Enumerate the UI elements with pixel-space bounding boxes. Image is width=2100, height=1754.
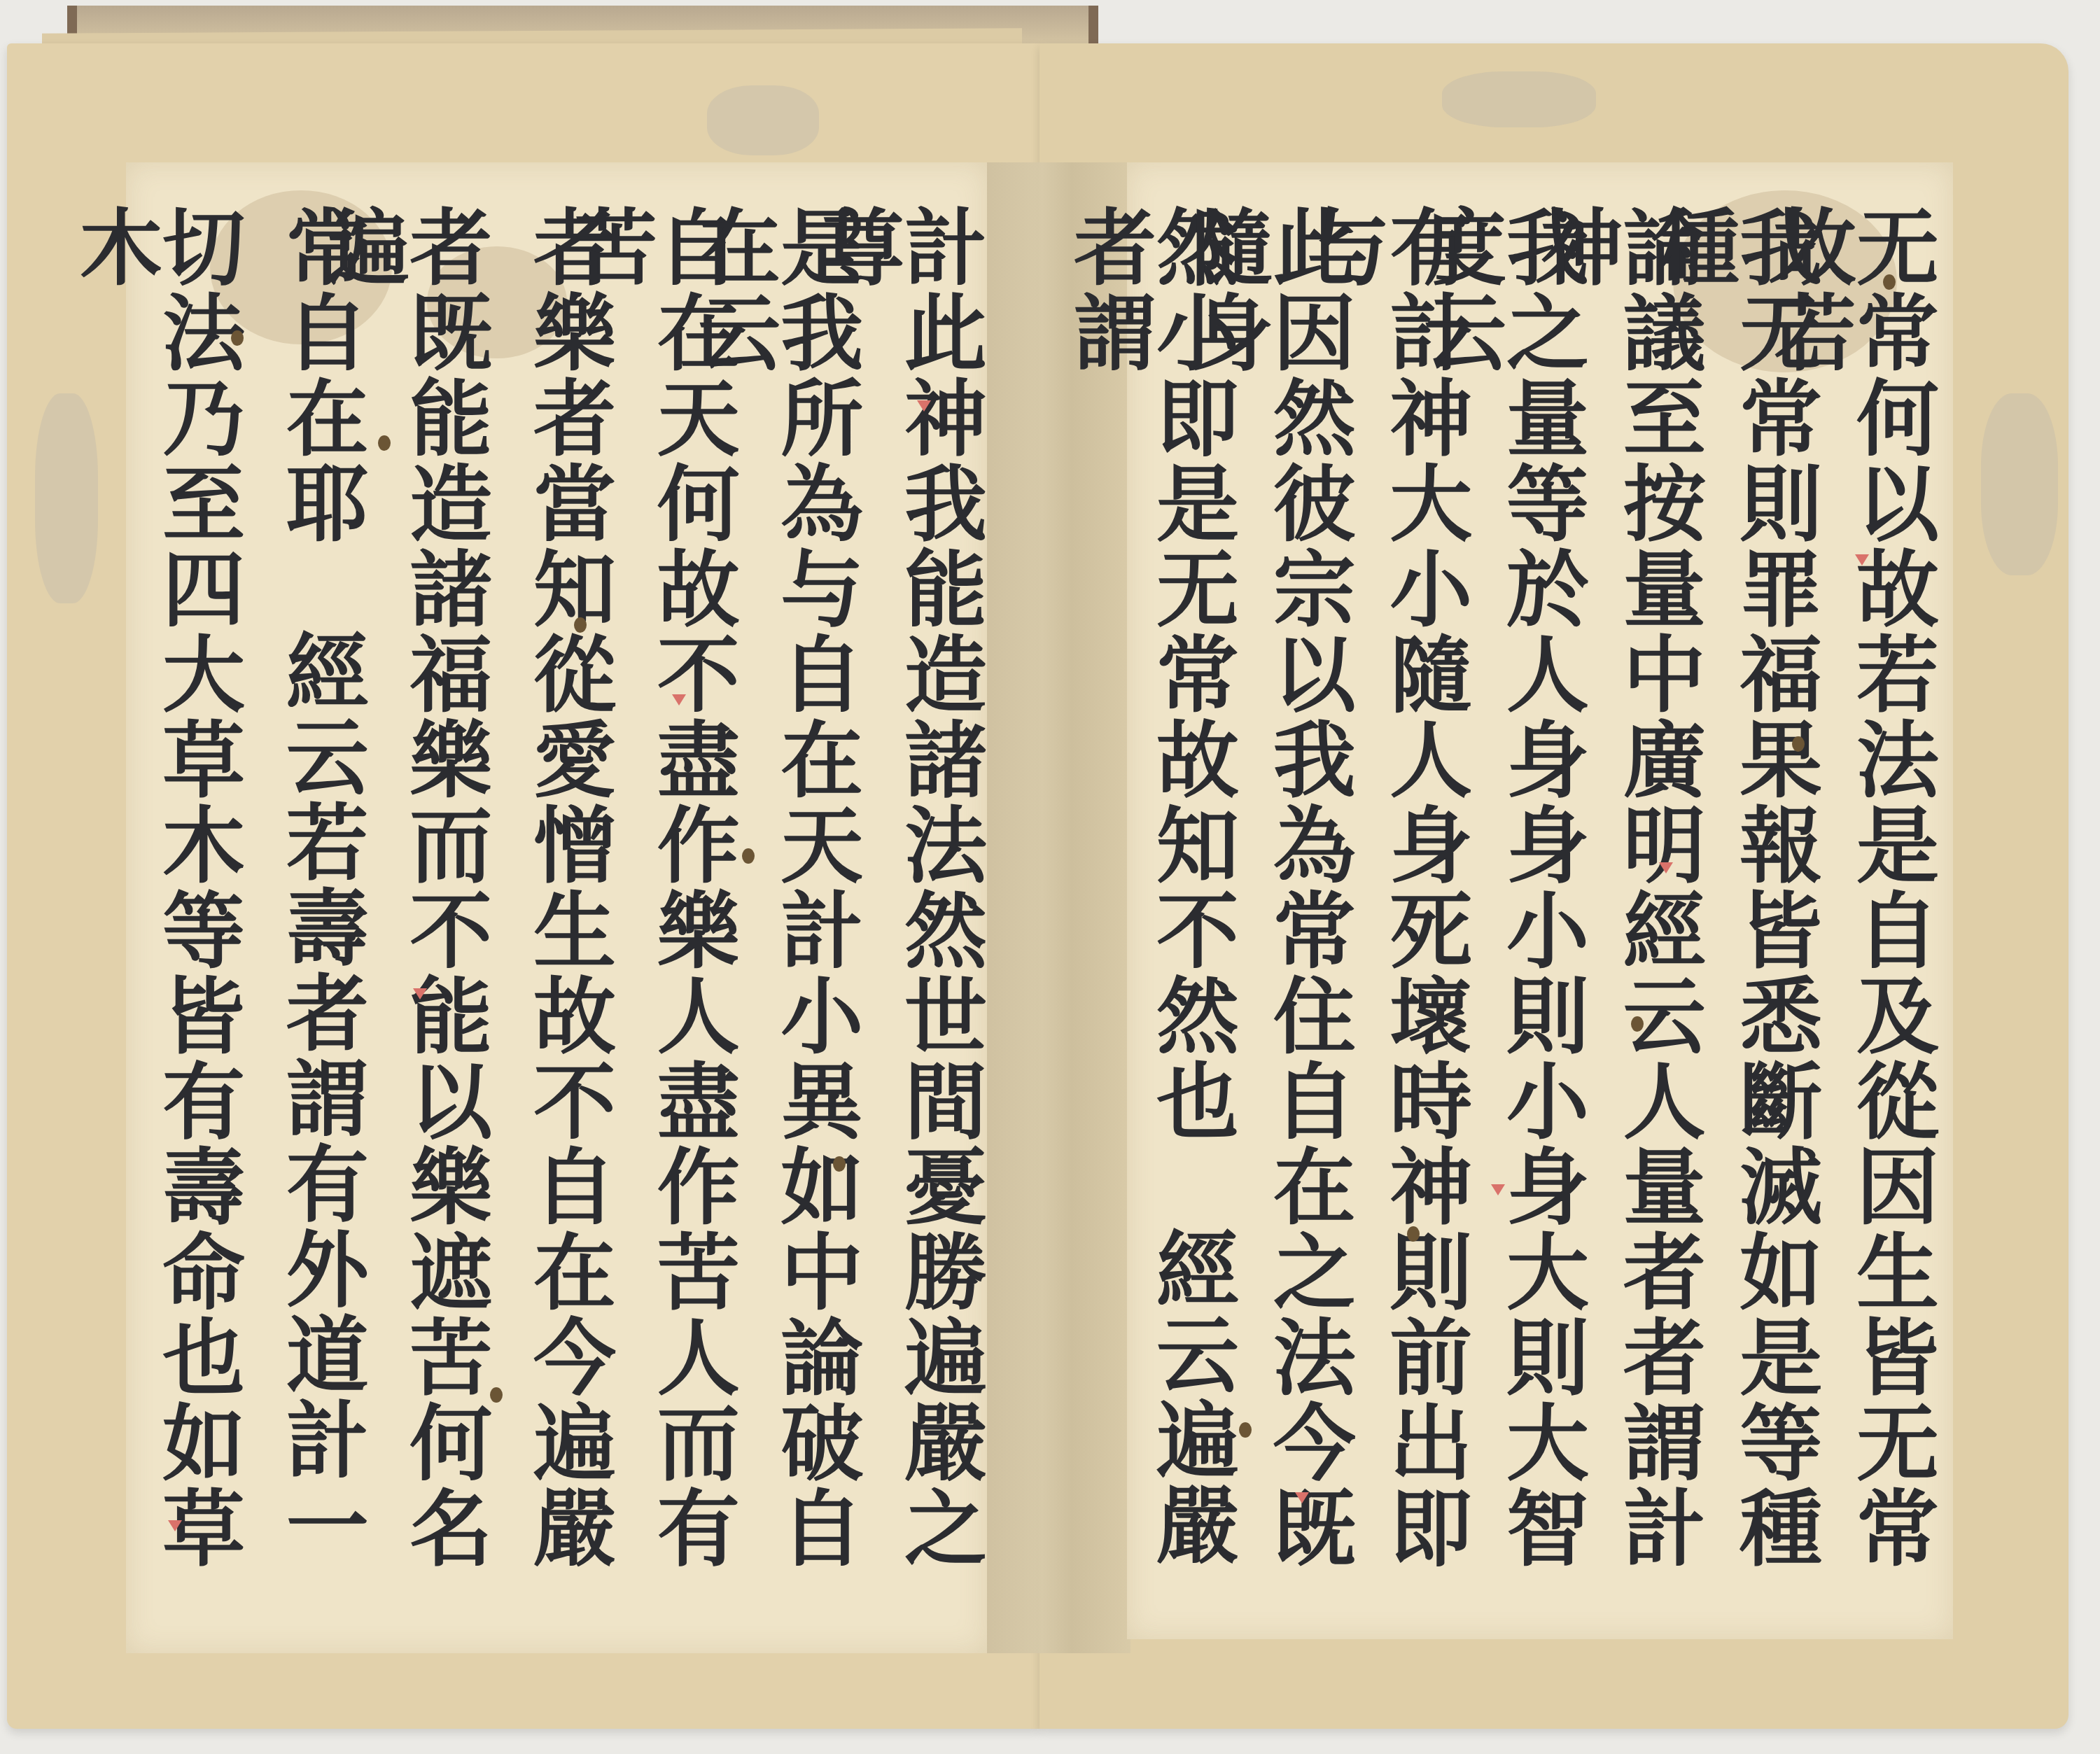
manuscript-book: 計此神我能造諸法然世間憂勝遍嚴之尊 是我所為与自在天計小異如中論破自在云 自在天… — [7, 43, 2072, 1729]
left-text-panel: 計此神我能造諸法然世間憂勝遍嚴之尊 是我所為与自在天計小異如中論破自在云 自在天… — [126, 162, 987, 1653]
text-column: 是我所為与自在天計小異如中論破自在云 — [758, 204, 856, 1625]
text-column: 論議至按量中廣明經云人量者者謂計神 — [1601, 204, 1699, 1611]
text-column: 者樂者當知從愛憎生故不自在今遍嚴 — [511, 204, 609, 1625]
text-column-split: 然小即是无常故知不然也經云遍嚴者謂 — [1134, 204, 1232, 1611]
right-text-panel: 无常何以故若法是自及從因生皆无常故若 我无常則罪福果報皆悉斷滅如是等種種 論議至… — [1127, 162, 1953, 1639]
text-column: 者既能造諸福樂而不能以樂遮苦何名遍 — [387, 204, 485, 1625]
text-column: 无常何以故若法是自及從因生皆无常故若 — [1834, 204, 1932, 1611]
text-column: 有計神大小隨人身死壞時神則前出即与 — [1367, 204, 1465, 1611]
text-column: 切法乃至四大草木等皆有壽命也如草木 — [140, 204, 238, 1625]
right-text-columns: 无常何以故若法是自及從因生皆无常故若 我无常則罪福果報皆悉斷滅如是等種種 論議至… — [1134, 204, 1932, 1611]
text-column: 此因然彼宗以我為常住自在之法今既隨身 — [1251, 204, 1349, 1611]
text-column: 我无常則罪福果報皆悉斷滅如是等種種 — [1717, 204, 1815, 1611]
text-column: 自在天何故不盡作樂人盡作苦人而有苦 — [635, 204, 733, 1625]
text-column: 我之量等於人身身小則小身大則大智度云 — [1484, 204, 1582, 1611]
text-column: 計此神我能造諸法然世間憂勝遍嚴之尊 — [882, 204, 980, 1625]
left-text-columns: 計此神我能造諸法然世間憂勝遍嚴之尊 是我所為与自在天計小異如中論破自在云 自在天… — [140, 204, 980, 1625]
text-column-split: 常自在耶經云若壽者謂有外道計一 — [264, 204, 362, 1625]
text-segment: 經云若壽者謂有外道計一 — [272, 629, 370, 1568]
book-spine-gutter — [983, 162, 1130, 1653]
